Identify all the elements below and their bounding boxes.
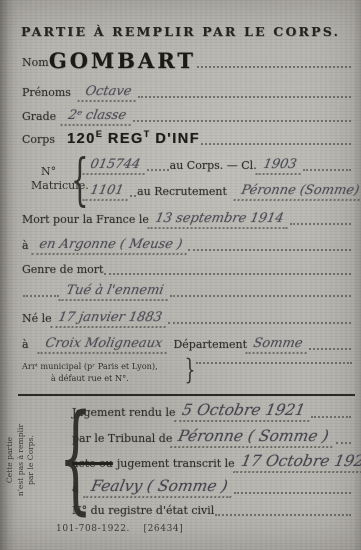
acte-ou-struck-label: acte ou bbox=[72, 458, 113, 471]
field-tribunal: par le Tribunal de Péronne ( Somme ) bbox=[72, 426, 352, 448]
dotted-line bbox=[104, 273, 351, 275]
dotted-line bbox=[309, 348, 351, 350]
field-transcription-lieu: à Fealvy ( Somme ) bbox=[72, 476, 352, 498]
departement-value: Somme bbox=[245, 337, 309, 354]
arrondissement-label: Arrᵗ municipal (pʳ Paris et Lyon), à déf… bbox=[22, 360, 158, 385]
field-prenoms: Prénoms Octave bbox=[22, 83, 352, 102]
field-mort-lieu: à en Argonne ( Meuse ) bbox=[22, 235, 352, 255]
genre-mort-value: Tué à l'ennemi bbox=[58, 284, 170, 301]
dotted-line bbox=[311, 416, 351, 418]
arrondissement-brace: } bbox=[185, 356, 196, 384]
dotted-line bbox=[170, 295, 351, 297]
transcrit-lieu-label: à bbox=[72, 483, 79, 496]
grade-label: Grade bbox=[22, 111, 56, 124]
field-matricule-recrutement: 1101 au Recrutement Péronne (Somme) bbox=[84, 182, 352, 201]
dotted-line bbox=[196, 362, 352, 364]
dotted-line bbox=[215, 514, 351, 516]
transcrit-date: 17 Octobre 1921 bbox=[233, 453, 361, 473]
dotted-line bbox=[290, 223, 351, 225]
genre-mort-label: Genre de mort bbox=[22, 264, 103, 277]
lieu-naissance-label: à bbox=[22, 339, 29, 352]
dotted-line bbox=[197, 66, 351, 68]
imprint-code: 101-708-1922. bbox=[56, 524, 130, 534]
dotted-line bbox=[201, 143, 351, 145]
ne-label: Né le bbox=[22, 313, 52, 326]
field-jugement-rendu: Jugement rendu le 5 Octobre 1921 bbox=[72, 400, 352, 422]
mort-date-value: 13 septembre 1914 bbox=[147, 212, 290, 229]
field-registre: N° du registre d'état civil bbox=[72, 502, 352, 520]
ne-date-value: 17 janvier 1883 bbox=[50, 311, 169, 328]
dotted-line bbox=[234, 492, 351, 494]
field-naissance-date: Né le 17 janvier 1883 bbox=[22, 309, 352, 328]
field-genre-mort-value: Tué à l'ennemi bbox=[22, 281, 352, 301]
corps-label: Corps bbox=[22, 134, 55, 147]
dotted-line bbox=[133, 120, 351, 122]
departement-label: Département bbox=[173, 339, 247, 352]
nom-value: GOMBART bbox=[49, 50, 196, 71]
imprint-line: 101-708-1922. [26434] bbox=[56, 524, 193, 534]
dotted-line bbox=[303, 169, 351, 171]
dotted-line bbox=[188, 249, 351, 251]
lieu-mort-label: à bbox=[22, 240, 29, 253]
transcrit-label: jugement transcrit le bbox=[117, 458, 235, 471]
classe-value: 1903 bbox=[255, 158, 303, 175]
field-transcription-date: acte ou jugement transcrit le 17 Octobre… bbox=[72, 451, 352, 473]
transcrit-lieu-value: Fealvy ( Somme ) bbox=[83, 478, 235, 498]
imprint-reference: [26434] bbox=[143, 524, 183, 534]
corps-regiment-stamp: 120E REGT D'INF bbox=[67, 130, 200, 147]
mort-label: Mort pour la France le bbox=[22, 214, 149, 227]
field-grade: Grade 2ᵉ classe bbox=[22, 107, 352, 126]
tribunal-label: par le Tribunal de bbox=[72, 433, 172, 446]
dotted-line bbox=[130, 195, 136, 197]
lieu-naissance-value: Croix Moligneaux bbox=[37, 337, 169, 354]
form-title: PARTIE À REMPLIR PAR LE CORPS. bbox=[0, 24, 361, 39]
prenoms-label: Prénoms bbox=[22, 87, 71, 100]
dotted-line bbox=[138, 96, 351, 98]
field-matricule-corps: 015744 au Corps. — Cl. 1903 bbox=[84, 156, 352, 175]
au-corps-label: au Corps. — Cl. bbox=[170, 160, 257, 173]
field-corps: Corps 120E REGT D'INF bbox=[22, 128, 352, 149]
nom-label: Nom bbox=[22, 57, 49, 70]
au-recrutement-label: au Recrutement bbox=[137, 186, 227, 199]
lieu-mort-value: en Argonne ( Meuse ) bbox=[31, 238, 189, 255]
jugement-rendu-label: Jugement rendu le bbox=[72, 407, 176, 420]
field-naissance-lieu: à Croix Moligneaux Département Somme bbox=[22, 334, 352, 354]
field-nom: Nom GOMBART bbox=[22, 46, 352, 72]
side-note-vertical: Cette partie n'est pas à remplir par le … bbox=[5, 408, 39, 512]
dotted-line bbox=[23, 295, 59, 297]
jugement-rendu-date: 5 Octobre 1921 bbox=[174, 402, 313, 422]
field-mort-date: Mort pour la France le 13 septembre 1914 bbox=[22, 209, 352, 229]
recrutement-value: Péronne (Somme) bbox=[233, 184, 361, 201]
registre-label: N° du registre d'état civil bbox=[72, 505, 214, 518]
death-record-card: PARTIE À REMPLIR PAR LE CORPS. Nom GOMBA… bbox=[0, 0, 361, 550]
dotted-line bbox=[168, 322, 351, 324]
field-genre-mort: Genre de mort bbox=[22, 261, 352, 279]
prenoms-value: Octave bbox=[77, 85, 138, 102]
grade-value: 2ᵉ classe bbox=[60, 109, 133, 126]
tribunal-value: Péronne ( Somme ) bbox=[170, 428, 336, 448]
dotted-line bbox=[336, 442, 351, 444]
dotted-line bbox=[147, 169, 169, 171]
matricule-recrutement-number: 1101 bbox=[82, 184, 130, 201]
matricule-corps-number: 015744 bbox=[82, 158, 147, 175]
